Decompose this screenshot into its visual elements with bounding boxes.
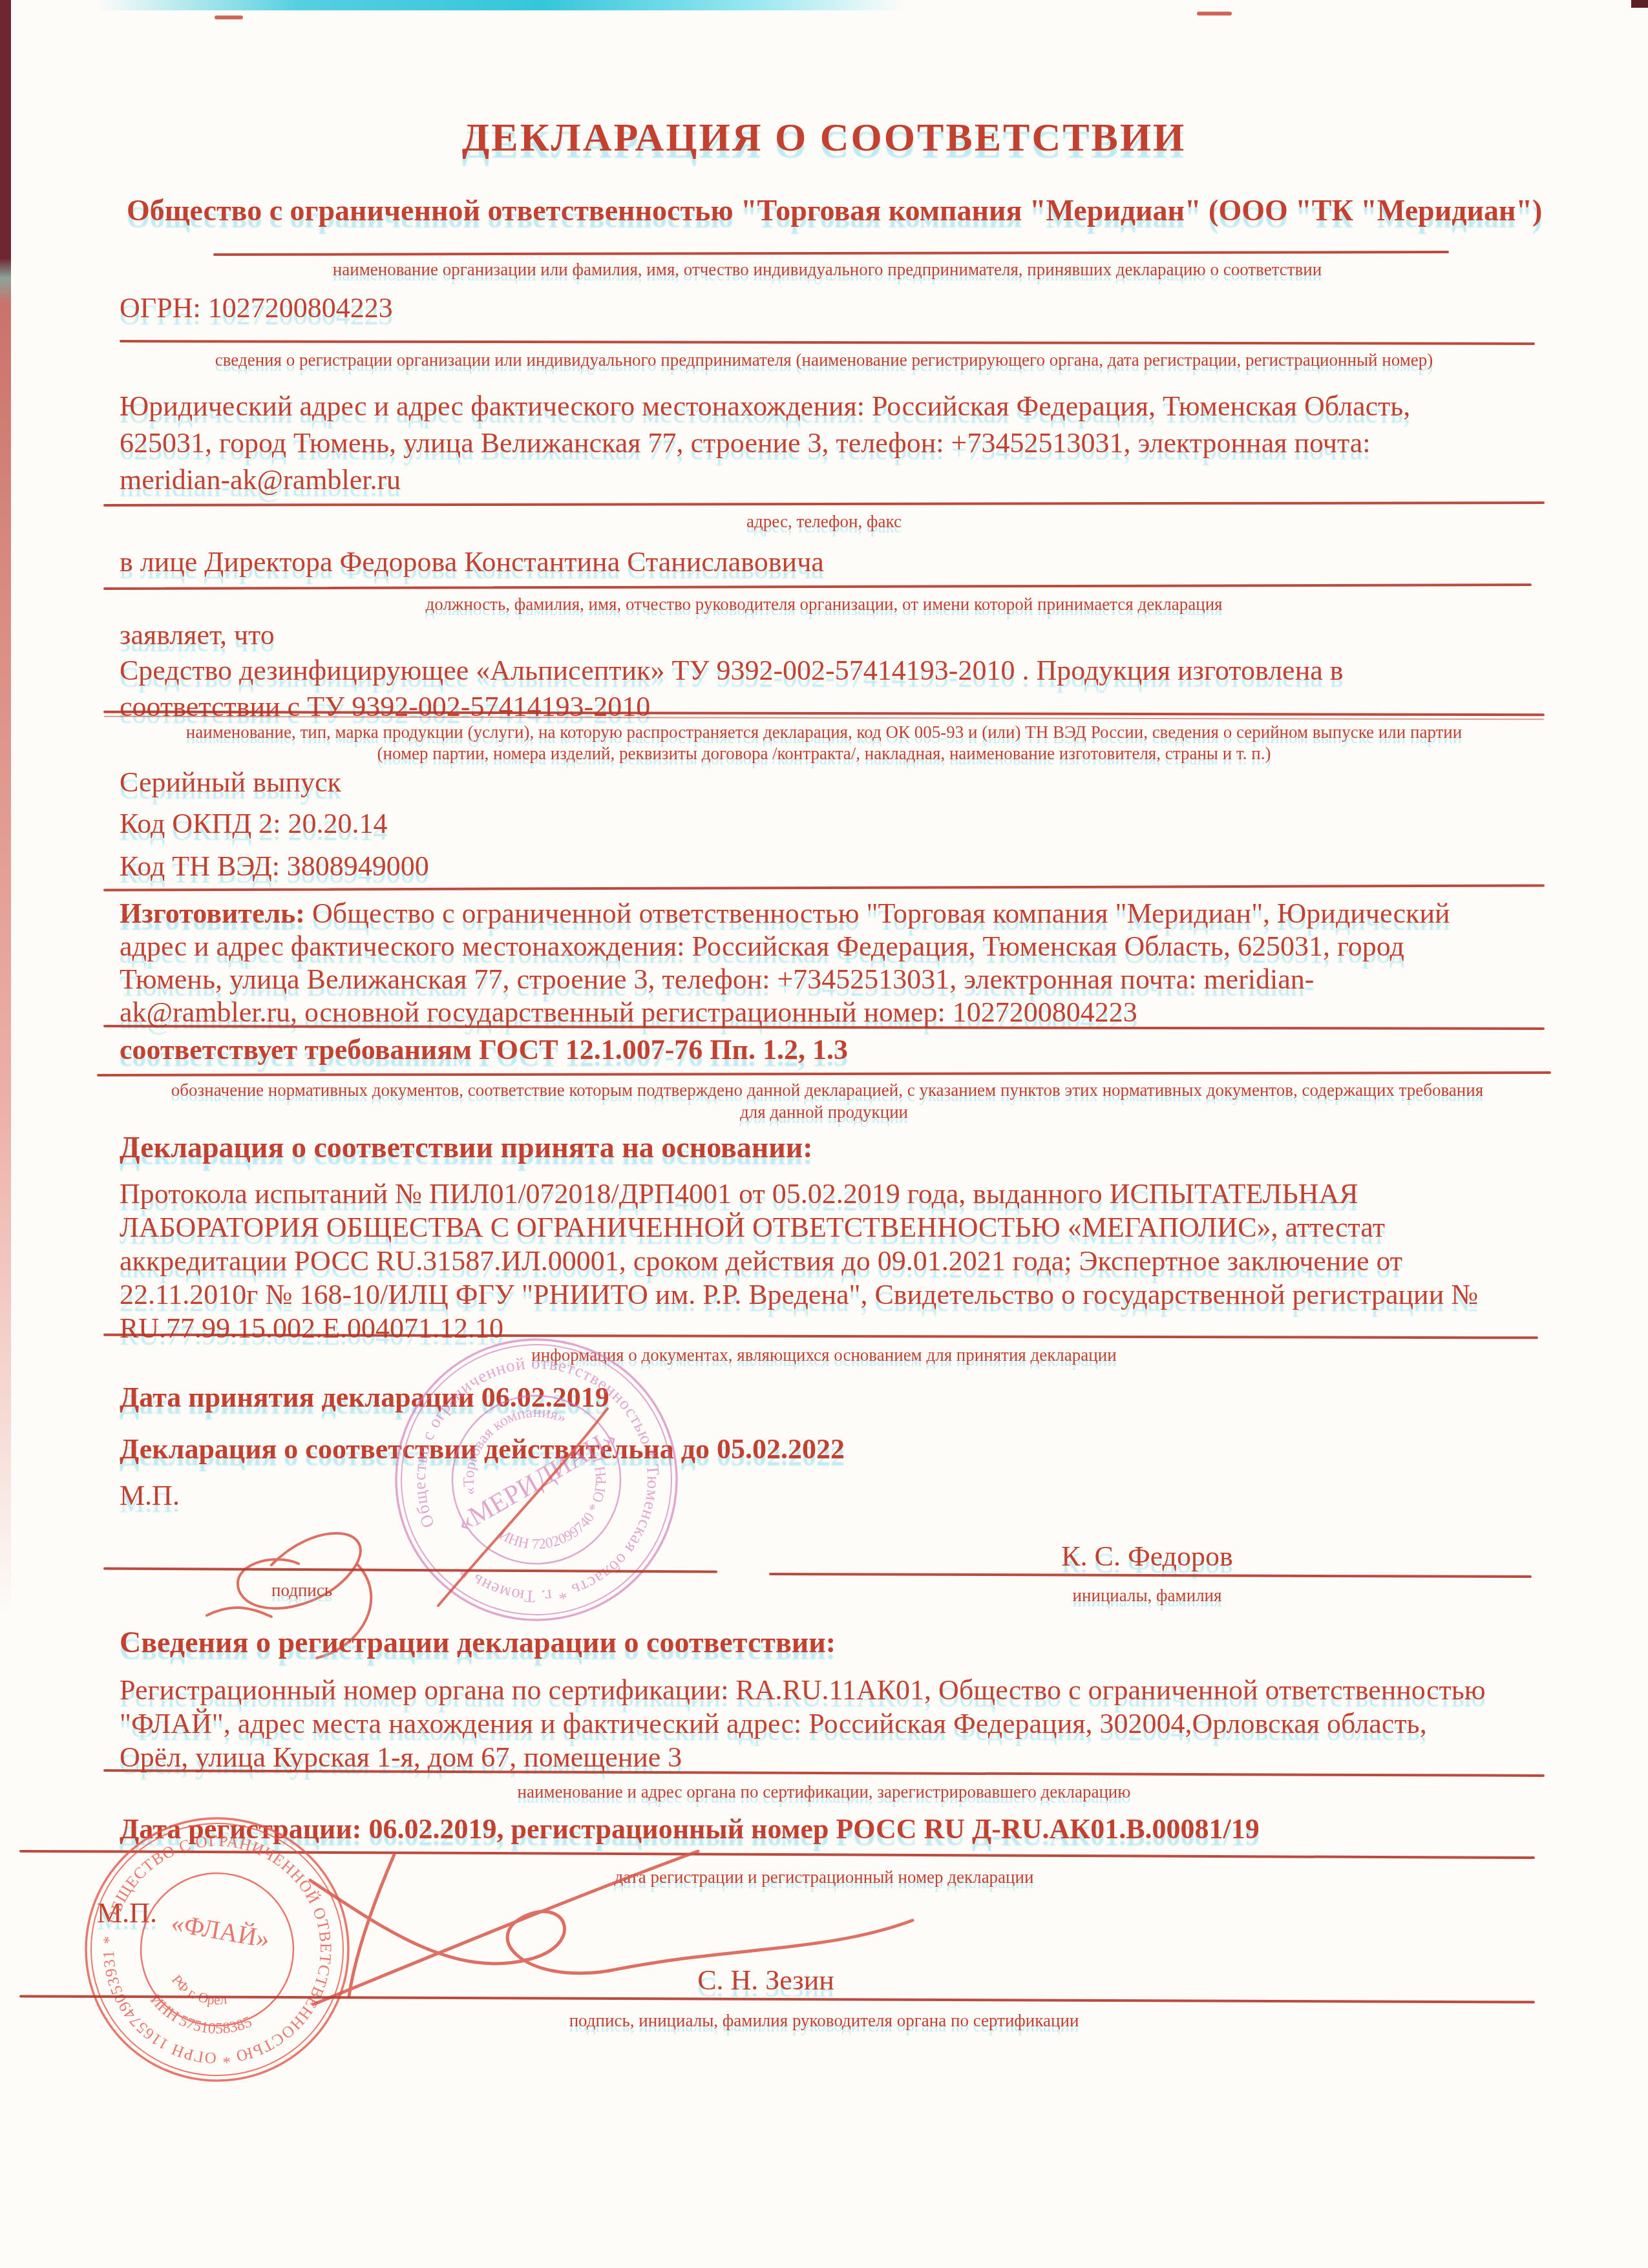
- scan-corner-artifact: [1631, 0, 1648, 8]
- basis-line: аккредитации РОСС RU.31587.ИЛ.00001, сро…: [120, 1244, 1478, 1278]
- page-title: ДЕКЛАРАЦИЯ О СООТВЕТСТВИИ: [0, 115, 1648, 161]
- complies-caption-2: для данной продукции: [120, 1102, 1528, 1122]
- registration-heading: Сведения о регистрации декларации о соот…: [120, 1626, 836, 1660]
- sign-2-name: С. Н. Зезин: [388, 1964, 1144, 1997]
- basis-line: RU.77.99.15.002.Е.004071.12.10: [120, 1312, 1478, 1345]
- stamp-arc-text: РФ г. Орел: [165, 1969, 233, 2012]
- divider-rule: [19, 1850, 1535, 1859]
- address-caption: адрес, телефон, факс: [120, 512, 1528, 532]
- basis-heading: Декларация о соответствии принята на осн…: [120, 1131, 813, 1165]
- basis-line: ЛАБОРАТОРИЯ ОБЩЕСТВА С ОГРАНИЧЕННОЙ ОТВЕ…: [120, 1211, 1478, 1244]
- divider-rule: [97, 1071, 1551, 1076]
- adoption-date-line: Дата принятия декларации 06.02.2019: [120, 1381, 609, 1414]
- signature-line: [769, 1573, 1532, 1578]
- registration-date-line: Дата регистрации: 06.02.2019, регистраци…: [120, 1813, 1260, 1846]
- scan-edge-top-artifact: [97, 0, 905, 10]
- stamp-place-label-2: М.П.: [97, 1897, 157, 1930]
- manufacturer-line-rest: Общество с ограниченной ответственностью…: [305, 898, 1450, 929]
- product-caption-2: (номер партии, номера изделий, реквизиты…: [120, 744, 1528, 764]
- stamp-center-text: «ФЛАЙ»: [169, 1907, 272, 1953]
- divider-rule: [103, 501, 1545, 507]
- scan-dash-artifact: [215, 16, 243, 19]
- signature-stroke: [207, 1608, 271, 1617]
- product-caption-1: наименование, тип, марка продукции (услу…: [120, 722, 1528, 742]
- declarant-caption: наименование организации или фамилия, им…: [194, 260, 1461, 280]
- divider-rule: [103, 583, 1532, 590]
- signature-line: [103, 1568, 717, 1573]
- director-signature: [194, 1389, 711, 1661]
- registration-date-caption: дата регистрации и регистрационный номер…: [120, 1867, 1528, 1887]
- product-line: соответствии с ТУ 9392-002-57414193-2010: [120, 689, 1343, 725]
- tnved-line: Код ТН ВЭД: 3808949000: [120, 850, 429, 883]
- signature-stroke: [310, 1880, 609, 1973]
- manufacturer-line: адрес и адрес фактического местонахожден…: [120, 930, 1450, 963]
- serial-line: Серийный выпуск: [120, 766, 341, 799]
- sign-1-name: К. С. Федоров: [769, 1540, 1525, 1573]
- manufacturer-label: Изготовитель:: [120, 898, 305, 929]
- divider-rule: [120, 340, 1535, 345]
- basis-line: 22.11.2010г № 168-10/ИЛЦ ФГУ "РНИИТО им.…: [120, 1278, 1478, 1312]
- complies-caption-1: обозначение нормативных документов, соот…: [103, 1080, 1551, 1100]
- manufacturer-line: ak@rambler.ru, основной государственный …: [120, 996, 1450, 1029]
- basis-caption: информация о документах, являющихся осно…: [120, 1345, 1528, 1365]
- signature-stroke: [609, 1920, 913, 1971]
- scan-dash-artifact: [1197, 12, 1232, 16]
- manufacturer-line: Изготовитель: Общество с ограниченной от…: [120, 897, 1450, 930]
- address-line: meridian-ak@rambler.ru: [120, 461, 1410, 498]
- registration-block: Регистрационный номер органа по сертифик…: [120, 1674, 1486, 1774]
- divider-rule: [213, 251, 1449, 256]
- basis-block: Протокола испытаний № ПИЛ01/072018/ДРП40…: [120, 1177, 1478, 1345]
- basis-line: Протокола испытаний № ПИЛ01/072018/ДРП40…: [120, 1177, 1478, 1211]
- registration-line: Регистрационный номер органа по сертифик…: [120, 1674, 1486, 1707]
- address-block: Юридический адрес и адрес фактического м…: [120, 388, 1410, 498]
- ogrn-line: ОГРН: 1027200804223: [120, 292, 393, 325]
- okpd-line: Код ОКПД 2: 20.20.14: [120, 808, 387, 841]
- manufacturer-block: Изготовитель: Общество с ограниченной от…: [120, 897, 1450, 1029]
- registration-caption: наименование и адрес органа по сертифика…: [120, 1782, 1528, 1802]
- complies-line: соответствует требованиям ГОСТ 12.1.007-…: [120, 1034, 848, 1067]
- product-line: Средство дезинфицирующее «Альписептик» Т…: [120, 653, 1343, 689]
- representative-line: в лице Директора Федорова Константина Ст…: [120, 546, 824, 579]
- sign-2-caption: подпись, инициалы, фамилия руководителя …: [120, 2011, 1528, 2031]
- declarant-name: Общество с ограниченной ответственностью…: [127, 194, 1542, 228]
- valid-until-line: Декларация о соответствии действительна …: [120, 1433, 845, 1466]
- registration-line: "ФЛАЙ", адрес места нахождения и фактиче…: [120, 1707, 1486, 1741]
- address-line: 625031, город Тюмень, улица Велижанская …: [120, 425, 1410, 461]
- address-line: Юридический адрес и адрес фактического м…: [120, 388, 1410, 425]
- manufacturer-line: Тюмень, улица Велижанская 77, строение 3…: [120, 963, 1450, 996]
- representative-caption: должность, фамилия, имя, отчество руково…: [120, 594, 1528, 614]
- scanned-declaration-page: ДЕКЛАРАЦИЯ О СООТВЕТСТВИИ Общество с огр…: [0, 0, 1648, 2268]
- stamp-place-label-1: М.П.: [120, 1480, 180, 1513]
- svg-text:РФ г. Орел: РФ г. Орел: [165, 1969, 233, 2012]
- scan-edge-left-artifact: [0, 0, 11, 1615]
- declares-line: заявляет, что: [120, 619, 275, 652]
- divider-rule: [103, 884, 1545, 891]
- registration-line: Орёл, улица Курская 1-я, дом 67, помещен…: [120, 1741, 1486, 1774]
- ogrn-caption: сведения о регистрации организации или и…: [120, 350, 1528, 370]
- sign-1-caption: подпись: [271, 1580, 332, 1601]
- sign-1-name-caption: инициалы, фамилия: [769, 1586, 1525, 1606]
